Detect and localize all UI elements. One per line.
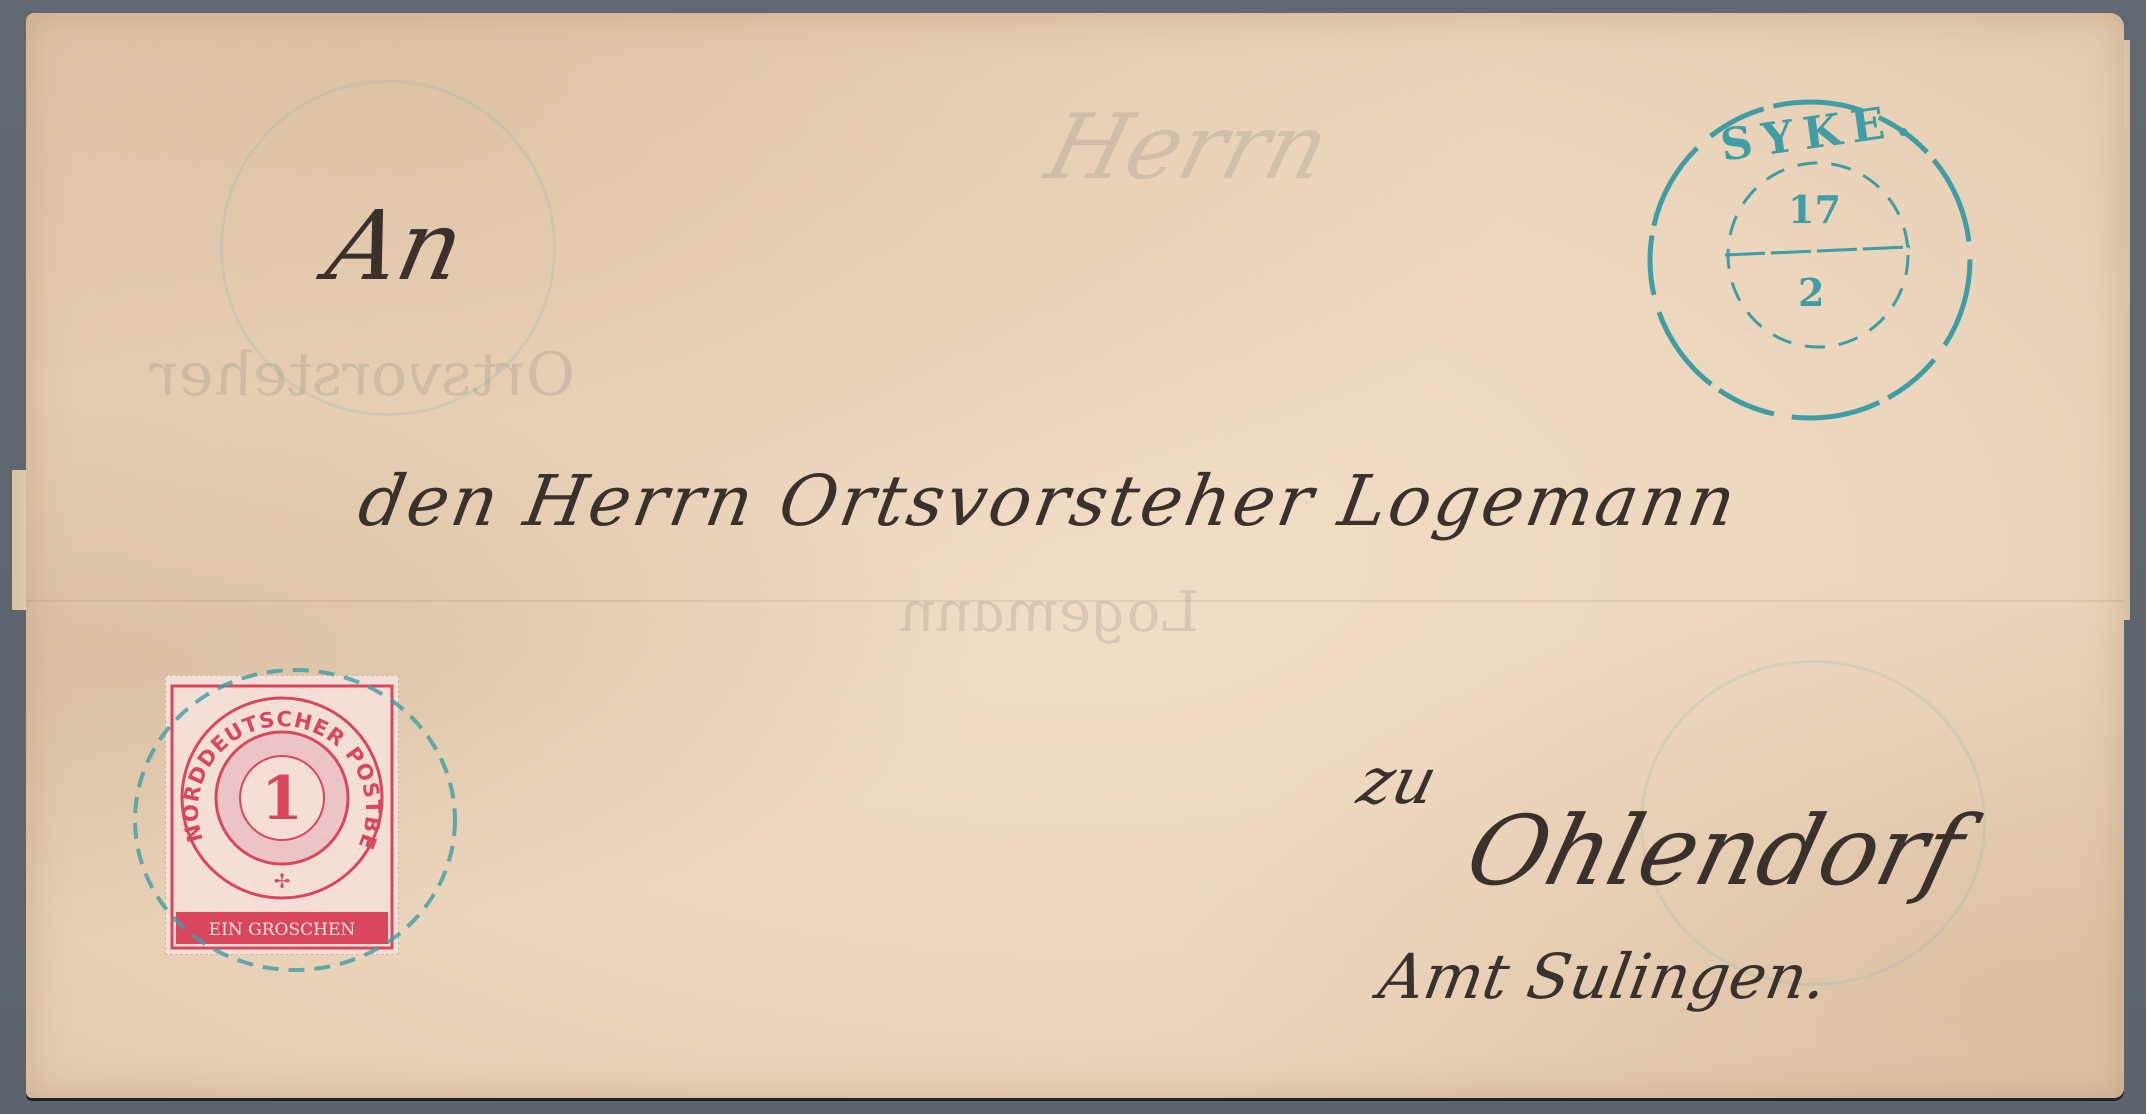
scan-background: Herrn Ortsvorsteher Logemann SYKE. 17 2 … [0, 0, 2146, 1114]
postmark-day: 17 [1788, 187, 1841, 232]
bleed-through-text: Logemann [893, 580, 1205, 645]
postmark-syke: SYKE. 17 2 [1640, 95, 1980, 425]
address-district: Amt Sulingen. [1374, 940, 1833, 1013]
address-salutation: An [318, 190, 473, 302]
address-recipient: den Herrn Ortsvorsteher Logemann [353, 460, 1745, 542]
address-place: Ohlendorf [1456, 795, 1974, 907]
bleed-through-text: Ortsvorsteher [143, 340, 583, 410]
stamp-cancellation [125, 660, 465, 990]
cancel-ring-icon [125, 660, 465, 990]
postmark-month: 2 [1798, 270, 1824, 315]
bleed-through-text: Herrn [1036, 95, 1340, 200]
